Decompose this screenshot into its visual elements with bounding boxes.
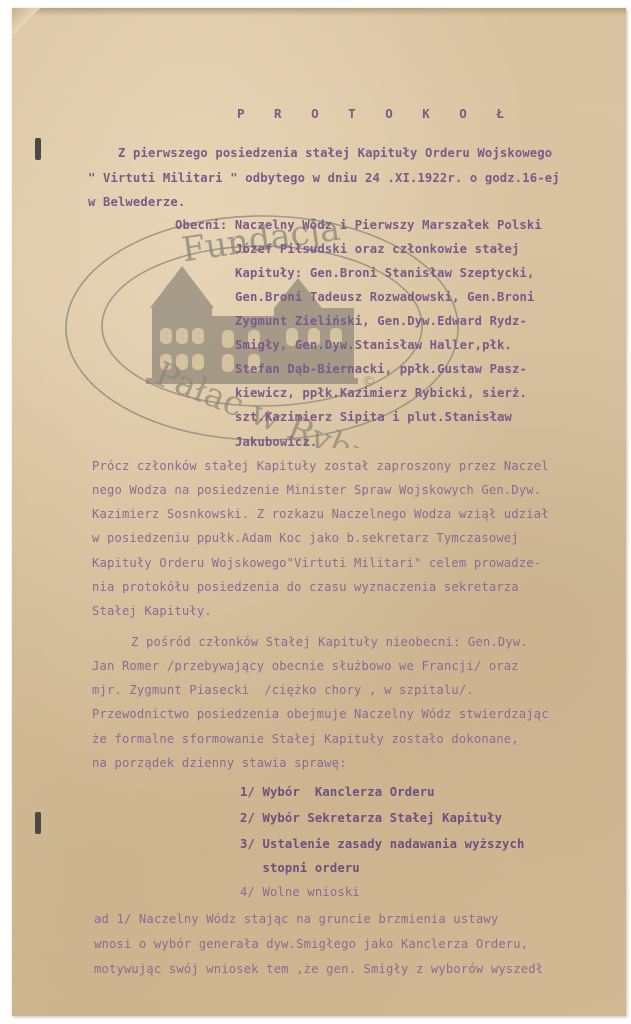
present-line: kiewicz, ppłk.Kazimierz Rybicki, sierż. [235, 385, 527, 401]
ad1-line: wnosi o wybór generała dyw.Smigłego jako… [94, 936, 528, 952]
absent-line: mjr. Zygmunt Piasecki /ciężko chory , w … [92, 682, 474, 698]
agenda-item-3: 3/ Ustalenie zasady nadawania wyższych [240, 836, 525, 852]
intro-line: Z pierwszego posiedzenia stałej Kapituły… [118, 145, 552, 161]
absent-line: na porządek dzienny stawia sprawę: [92, 755, 347, 771]
absent-line: Jan Romer /przebywający obecnie służbowo… [92, 658, 519, 674]
present-line: Obecni: Naczelny Wódz i Pierwszy Marszał… [175, 217, 542, 233]
guests-line: w posiedzeniu ppułk.Adam Koc jako b.sekr… [92, 530, 519, 546]
absent-line: Przewodnictwo posiedzenia obejmuje Nacze… [92, 706, 549, 722]
typewritten-document: P R O T O K O Ł Z pierwszego posiedzenia… [0, 0, 631, 1024]
present-line: Kapituły: Gen.Broni Stanisław Szeptycki, [235, 265, 535, 281]
absent-line: Z pośród członków Stałej Kapituły nieobe… [131, 634, 528, 650]
document-title: P R O T O K O Ł [237, 106, 515, 122]
guests-line: Stałej Kapituły. [92, 603, 212, 619]
present-line: Gen.Broni Tadeusz Rozwadowski, Gen.Broni [235, 289, 535, 305]
agenda-item-2: 2/ Wybór Sekretarza Stałej Kapituły [240, 810, 502, 826]
intro-line: " Virtuti Militari " odbytego w dniu 24 … [88, 170, 560, 186]
present-line: Stefan Dąb-Biernacki, ppłk.Gustaw Pasz- [235, 361, 527, 377]
guests-line: Kazimierz Sosnkowski. Z rozkazu Naczelne… [92, 506, 549, 522]
agenda-item-4: 4/ Wolne wnioski [240, 884, 360, 900]
guests-line: nia protokółu posiedzenia do czasu wyzna… [92, 579, 519, 595]
present-line: Józef Piłsudski oraz członkowie stałej [235, 241, 520, 257]
intro-line: w Belwederze. [88, 194, 185, 210]
ad1-line: ad 1/ Naczelny Wódz stając na gruncie br… [94, 911, 498, 927]
present-line: Zygmunt Zieliński, Gen.Dyw.Edward Rydz- [235, 313, 527, 329]
guests-line: nego Wodza na posiedzenie Minister Spraw… [92, 482, 541, 498]
present-line: Jakubowicz. [235, 434, 317, 450]
agenda-item-1: 1/ Wybór Kanclerza Orderu [240, 784, 435, 800]
present-line: szt.Kazimierz Sipita i plut.Stanisław [235, 409, 512, 425]
absent-line: że formalne sformowanie Stałej Kapituły … [92, 731, 519, 747]
guests-line: Kapituły Orderu Wojskowego"Virtuti Milit… [92, 555, 541, 571]
guests-line: Prócz członków stałej Kapituły został za… [92, 458, 549, 474]
agenda-item-3-cont: stopni orderu [240, 860, 360, 876]
ad1-line: motywując swój wniosek tem ,że gen. Smig… [94, 961, 543, 977]
present-line: Smigły, Gen.Dyw.Stanisław Haller,płk. [235, 337, 512, 353]
